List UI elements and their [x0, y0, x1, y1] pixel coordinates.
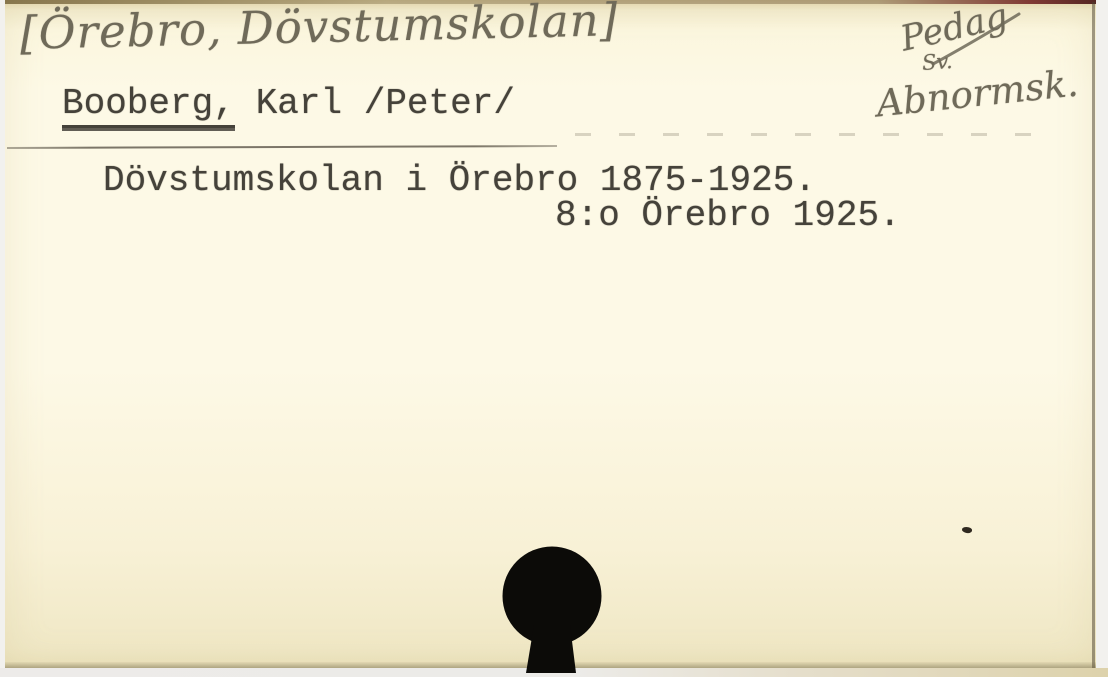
faint-pencil-marks: [575, 133, 1045, 136]
author-given-names: Karl /Peter/: [256, 83, 515, 124]
imprint-line: 8:o Örebro 1925.: [555, 197, 901, 235]
card-right-edge: [1092, 2, 1095, 668]
author-line: Booberg,Karl /Peter/: [62, 85, 515, 123]
author-surname-underlined: Booberg,: [62, 83, 235, 128]
catalog-card-scan: [Örebro, Dövstumskolan] Booberg,Karl /Pe…: [0, 0, 1108, 677]
annotation-sv: Sv.: [921, 49, 953, 75]
punch-hole-keyhole: [498, 543, 618, 677]
